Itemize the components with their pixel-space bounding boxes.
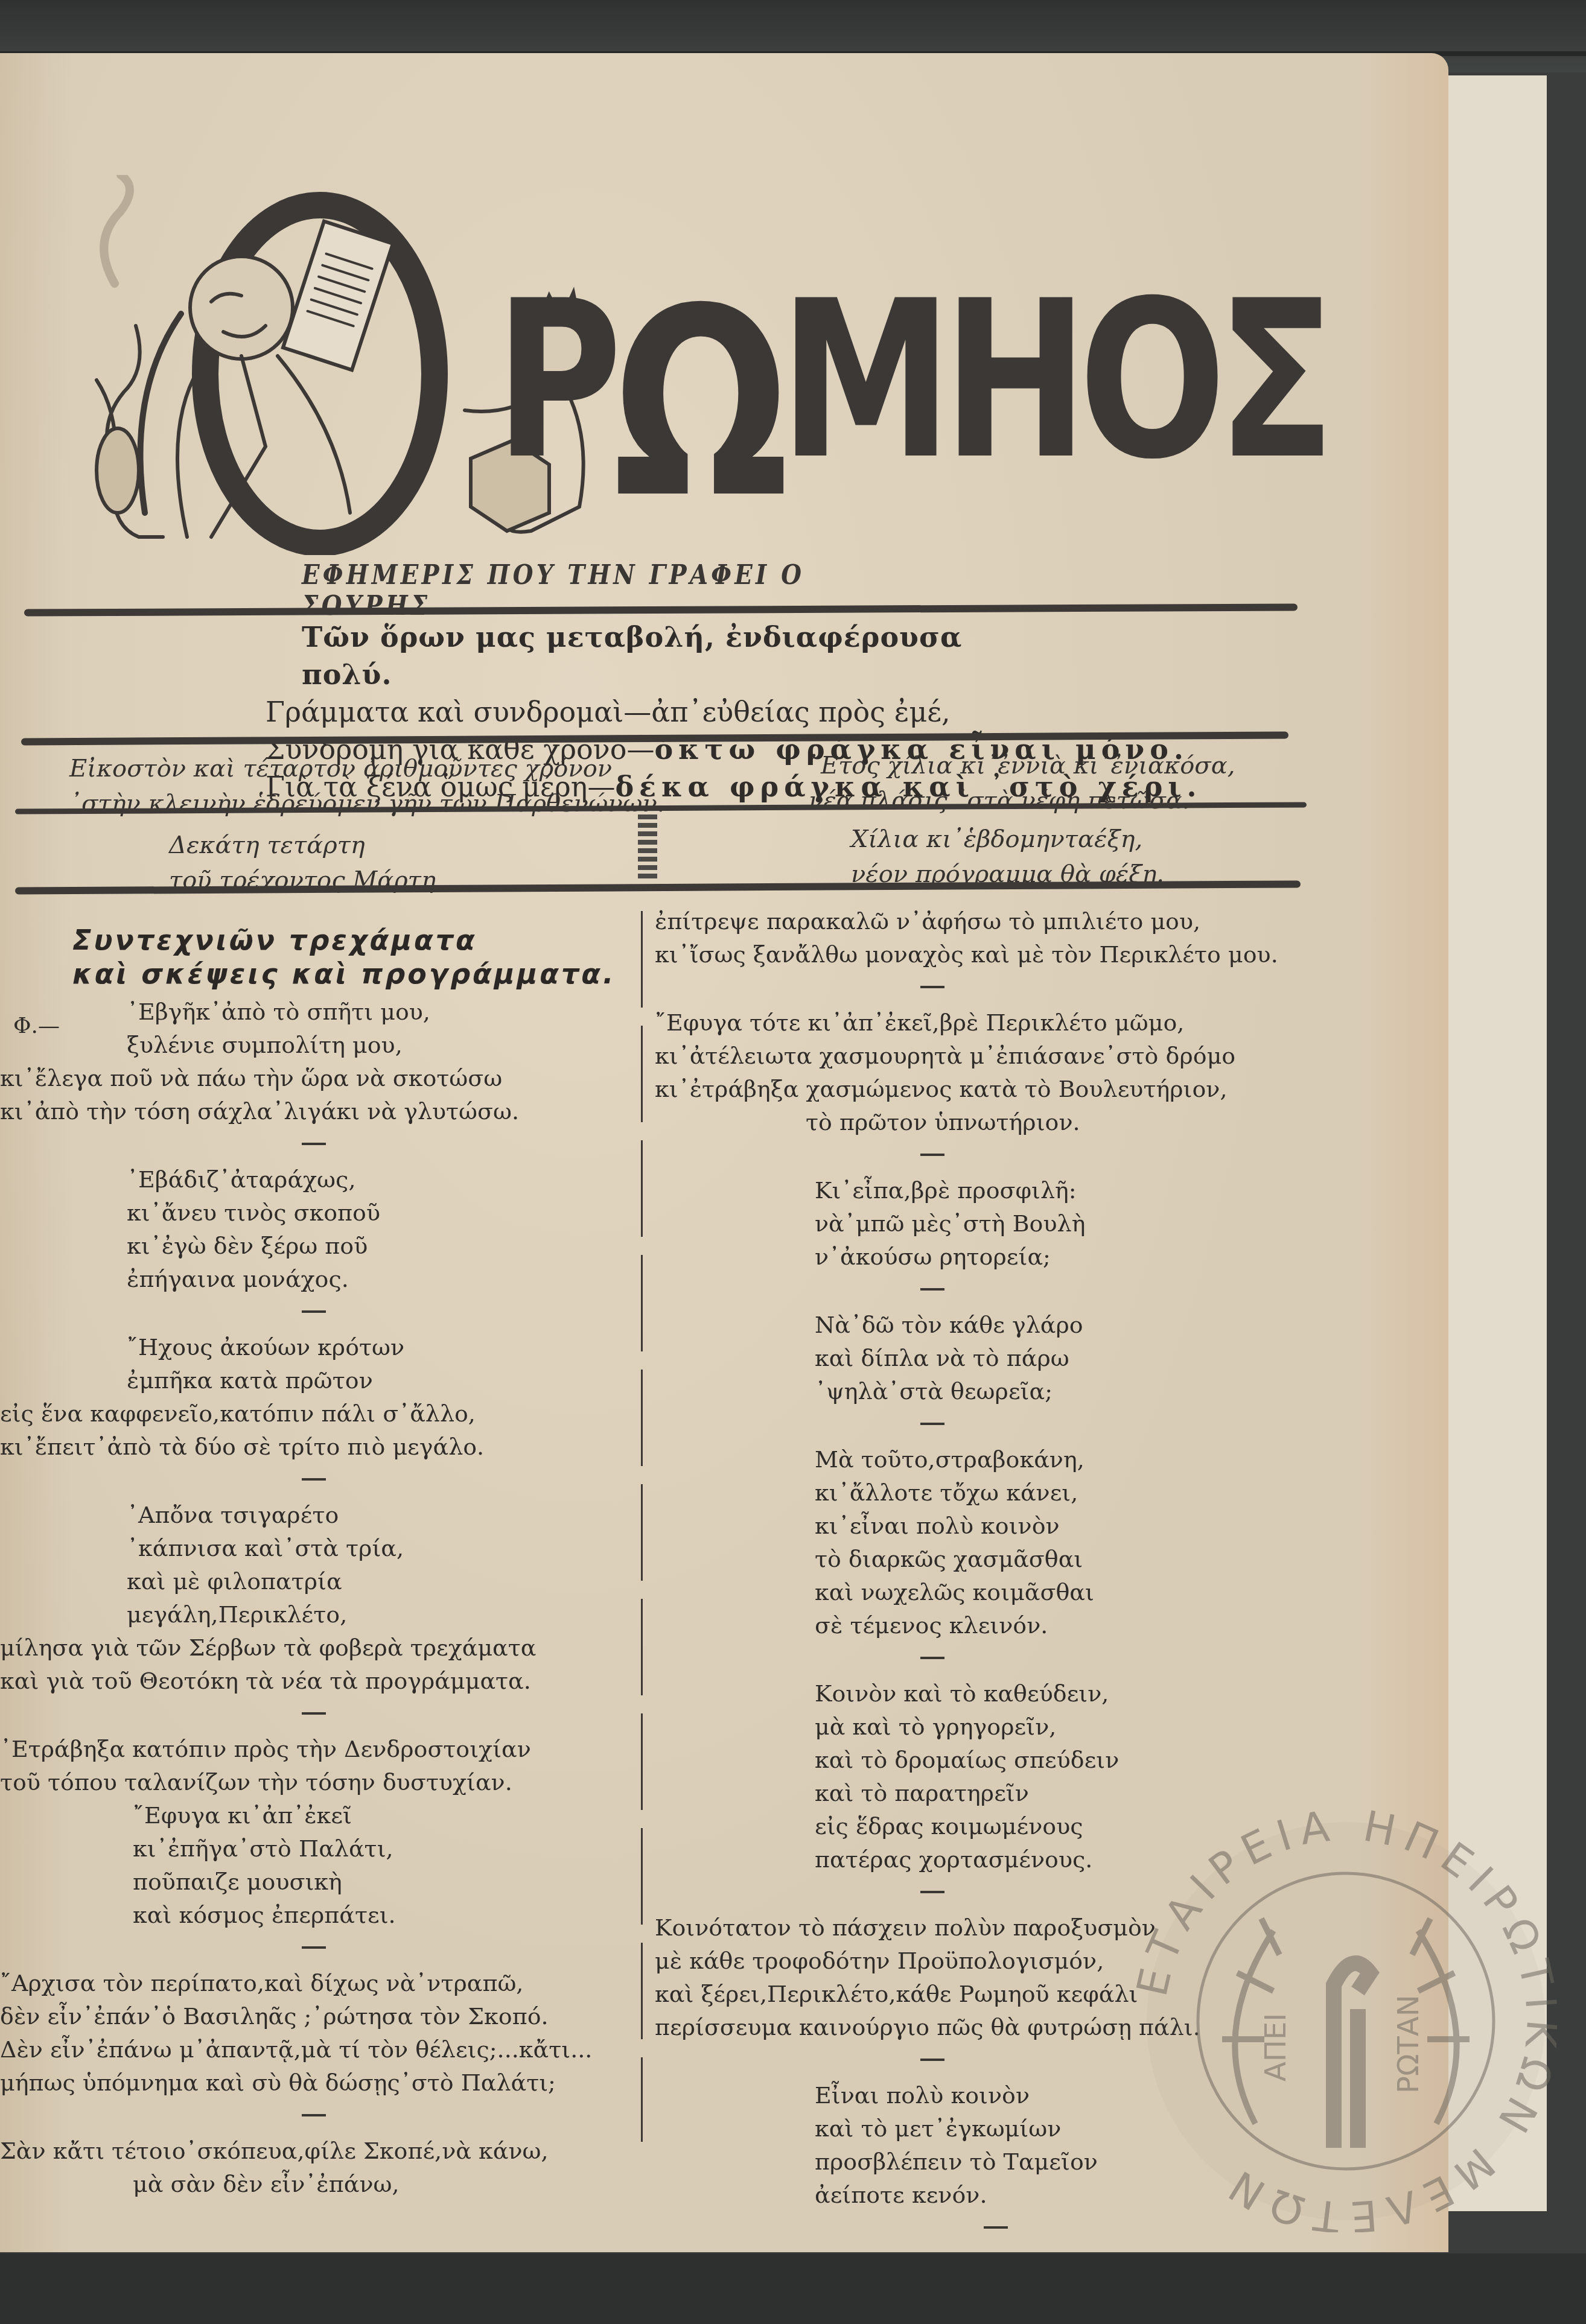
- terms-line-text: Γράμματα καὶ συνδρομαὶ—ἀπ᾿εὐθείας πρὸς ἐ…: [266, 696, 951, 728]
- stanza-separator: [984, 2226, 1008, 2229]
- stanza-separator: [302, 1143, 326, 1145]
- stanza-separator: [920, 1288, 944, 1291]
- ornament-icon: [638, 814, 657, 881]
- poem-line: κι᾿ἐπῆγα᾿στὸ Παλάτι,: [0, 1832, 628, 1865]
- dateline-text: Δεκάτη τετάρτη: [169, 828, 444, 863]
- title-letter: Ρ: [495, 254, 613, 507]
- stanza-separator: [920, 986, 944, 988]
- poem-line: νὰ᾿μπῶ μὲς᾿στὴ Βουλὴ: [655, 1207, 1258, 1240]
- stanza-separator: [302, 2114, 326, 2116]
- terms-line: Γράμματα καὶ συνδρομαὶ—ἀπ᾿εὐθείας πρὸς ἐ…: [266, 693, 1050, 731]
- poem-line: κι᾿ἴσως ξανἄλθω μοναχὸς καὶ μὲ τὸν Περικ…: [655, 938, 1258, 971]
- poem-line: ἐπίτρεψε παρακαλῶ ν᾿ἀφήσω τὸ μπιλιέτο μο…: [655, 905, 1258, 938]
- library-stamp-icon: ΕΤΑΙΡΕΙΑ ΗΠΕΙΡΩΤΙΚΩΝ ΜΕΛΕΤΩΝ ΑΠΕΙ ΡΩΤΑΝ: [1135, 1810, 1557, 2232]
- poem-line: ῎Εφυγα τότε κι᾿ἀπ᾿ἐκεῖ,βρὲ Περικλέτο μῶμ…: [655, 1006, 1258, 1040]
- poem-line: ν᾿ἀκούσω ρητορεία;: [655, 1240, 1258, 1274]
- stanza-separator: [302, 1478, 326, 1481]
- poem-line: κι᾿ἔπειτ᾿ἀπὸ τὰ δύο σὲ τρίτο πιὸ μεγάλο.: [0, 1430, 628, 1464]
- poem-line: κι᾿ἐτράβηξα χασμώμενος κατὰ τὸ Βουλευτήρ…: [655, 1073, 1258, 1106]
- article-title-line: καὶ σκέψεις καὶ προγράμματα.: [72, 957, 616, 991]
- article-title: Συντεχνιῶν τρεχάματα καὶ σκέψεις καὶ προ…: [72, 923, 616, 991]
- poem-line: ᾿Εβάδιζ᾿ἀταράχως,: [0, 1163, 628, 1196]
- poem-line: Κι᾿εἶπα,βρὲ προσφιλῆ:: [655, 1174, 1258, 1207]
- poem-line: μὰ καὶ τὸ γρηγορεῖν,: [655, 1710, 1258, 1744]
- poem-line: δὲν εἶν᾿ἐπάν᾿ὁ Βασιληᾶς ;᾿ρώτησα τὸν Σκο…: [0, 2000, 628, 2033]
- poem-line: κι᾿ἄλλοτε τὄχω κάνει,: [655, 1476, 1258, 1510]
- book-binding-bottom: [0, 2253, 1586, 2324]
- newspaper-title: Ρ Ω Μ Η Ο Σ: [495, 217, 1171, 543]
- stanza-separator: [920, 1154, 944, 1156]
- stamp-inner-left-text: ΑΠΕΙ: [1259, 2013, 1293, 2081]
- stanza-separator: [920, 1891, 944, 1893]
- article-left-column: ᾿Εβγῆκ᾿ἀπὸ τὸ σπῆτι μου,ξυλένιε συμπολίτ…: [0, 995, 628, 2201]
- poem-line: κι᾿ἄνευ τινὸς σκοποῦ: [0, 1196, 628, 1230]
- poem-line: κι᾿ἔλεγα ποῦ νὰ πάω τὴν ὥρα νὰ σκοτώσω: [0, 1062, 628, 1095]
- poem-line: σὲ τέμενος κλεινόν.: [655, 1609, 1258, 1642]
- stanza-separator: [920, 1657, 944, 1659]
- poem-line: ῎Αρχισα τὸν περίπατο,καὶ δίχως νὰ᾿ντραπῶ…: [0, 1967, 628, 2000]
- stanza-separator: [302, 1712, 326, 1715]
- poem-line: ξυλένιε συμπολίτη μου,: [0, 1029, 628, 1062]
- stanza-separator: [302, 1946, 326, 1949]
- dateline-text: ῎Ετος χίλια κι᾿ἐννιὰ κι᾿ἐνιακόσα,: [809, 748, 1235, 783]
- poem-line: κι᾿ἀπὸ τὴν τόση σάχλα᾿λιγάκι νὰ γλυτώσω.: [0, 1095, 628, 1128]
- poem-line: καὶ μὲ φιλοπατρία: [0, 1565, 628, 1598]
- title-letter: Μ: [780, 254, 943, 507]
- poem-line: καὶ τὸ παρατηρεῖν: [655, 1777, 1258, 1810]
- poem-line: ἐπήγαινα μονάχος.: [0, 1263, 628, 1296]
- terms-heading: Τῶν ὅρων μας μεταβολή, ἐνδιαφέρουσα πολύ…: [266, 618, 1050, 693]
- poem-line: Δὲν εἶν᾿ἐπάνω μ᾿ἀπαντᾷ,μὰ τί τὸν θέλεις;…: [0, 2033, 628, 2066]
- poem-line: Μὰ τοῦτο,στραβοκάνη,: [655, 1443, 1258, 1476]
- stamp-inner-right-text: ΡΩΤΑΝ: [1392, 1995, 1425, 2094]
- poem-line: ῎Εφυγα κι᾿ἀπ᾿ἐκεῖ: [0, 1799, 628, 1832]
- poem-line: μεγάλη,Περικλέτο,: [0, 1598, 628, 1631]
- poem-line: Σὰν κἄτι τέτοιο᾿σκόπευα,φίλε Σκοπέ,νὰ κά…: [0, 2135, 628, 2168]
- article-title-line: Συντεχνιῶν τρεχάματα: [72, 923, 616, 957]
- poem-line: Κοινὸν καὶ τὸ καθεύδειν,: [655, 1677, 1258, 1710]
- poem-line: τὸ διαρκῶς χασμᾶσθαι: [655, 1543, 1258, 1576]
- poem-line: καὶ νωχελῶς κοιμᾶσθαι: [655, 1576, 1258, 1609]
- title-letter: Η: [943, 254, 1078, 507]
- poem-line: κι᾿ἐγὼ δὲν ξέρω ποῦ: [0, 1230, 628, 1263]
- poem-line: καὶ τὸ δρομαίως σπεύδειν: [655, 1744, 1258, 1777]
- title-letter: Ω: [613, 253, 779, 555]
- poem-line: κι᾿ἀτέλειωτα χασμουρητὰ μ᾿ἐπιάσανε᾿στὸ δ…: [655, 1040, 1258, 1073]
- dateline-text: νέα πλάσις ᾿στὰ νέφη πετῶσα.: [809, 783, 1235, 818]
- poem-line: τὸ πρῶτον ὑπνωτήριον.: [655, 1106, 1258, 1139]
- poem-line: ᾿Εβγῆκ᾿ἀπὸ τὸ σπῆτι μου,: [0, 995, 628, 1029]
- dateline-text: Χίλια κι᾿ἑβδομηνταέξη,: [851, 822, 1164, 857]
- poem-line: ᾿Ετράβηξα κατόπιν πρὸς τὴν Δενδροστοιχία…: [0, 1733, 628, 1766]
- poem-line: καὶ δίπλα νὰ τὸ πάρω: [655, 1342, 1258, 1375]
- poem-line: κι᾿εἶναι πολὺ κοινὸν: [655, 1510, 1258, 1543]
- poem-line: μήπως ὑπόμνημα καὶ σὺ θὰ δώσῃς᾿στὸ Παλάτ…: [0, 2066, 628, 2100]
- poem-line: ᾿κάπνισα καὶ᾿στὰ τρία,: [0, 1532, 628, 1565]
- poem-line: Νὰ᾿δῶ τὸν κάθε γλάρο: [655, 1309, 1258, 1342]
- poem-line: ᾿Απὄνα τσιγαρέτο: [0, 1499, 628, 1532]
- poem-line: ῎Ηχους ἀκούων κρότων: [0, 1331, 628, 1364]
- stanza-separator: [302, 1310, 326, 1313]
- masthead: Ρ Ω Μ Η Ο Σ: [60, 175, 1298, 555]
- poem-line: ᾿ψηλὰ᾿στὰ θεωρεῖα;: [655, 1375, 1258, 1408]
- title-letter: Ο: [1078, 254, 1217, 507]
- poem-line: ποῦπαιζε μουσικὴ: [0, 1865, 628, 1899]
- poem-line: εἰς ἕνα καφφενεῖο,κατόπιν πάλι σ᾿ἄλλο,: [0, 1397, 628, 1430]
- poem-line: μίλησα γιὰ τῶν Σέρβων τὰ φοβερὰ τρεχάματ…: [0, 1631, 628, 1665]
- poem-line: ἐμπῆκα κατὰ πρῶτον: [0, 1364, 628, 1397]
- poem-line: καὶ γιὰ τοῦ Θεοτόκη τὰ νέα τὰ προγράμματ…: [0, 1665, 628, 1698]
- poem-line: τοῦ τόπου ταλανίζων τὴν τόσην δυστυχίαν.: [0, 1766, 628, 1799]
- column-divider: [641, 911, 643, 2142]
- poem-line: καὶ κόσμος ἐπερπάτει.: [0, 1899, 628, 1932]
- title-letter: Σ: [1217, 254, 1326, 507]
- stanza-separator: [920, 1423, 944, 1425]
- dateline-text: Εἰκοστὸν καὶ τέταρτον ἀριθμοῦντες χρόνον: [69, 751, 664, 786]
- dateline-text: ᾿στὴν κλεινὴν ἑδρεύομεν γῆν τῶν Παρθενών…: [69, 786, 664, 821]
- stanza-separator: [920, 2059, 944, 2061]
- poem-line: μὰ σὰν δὲν εἶν᾿ἐπάνω,: [0, 2168, 628, 2201]
